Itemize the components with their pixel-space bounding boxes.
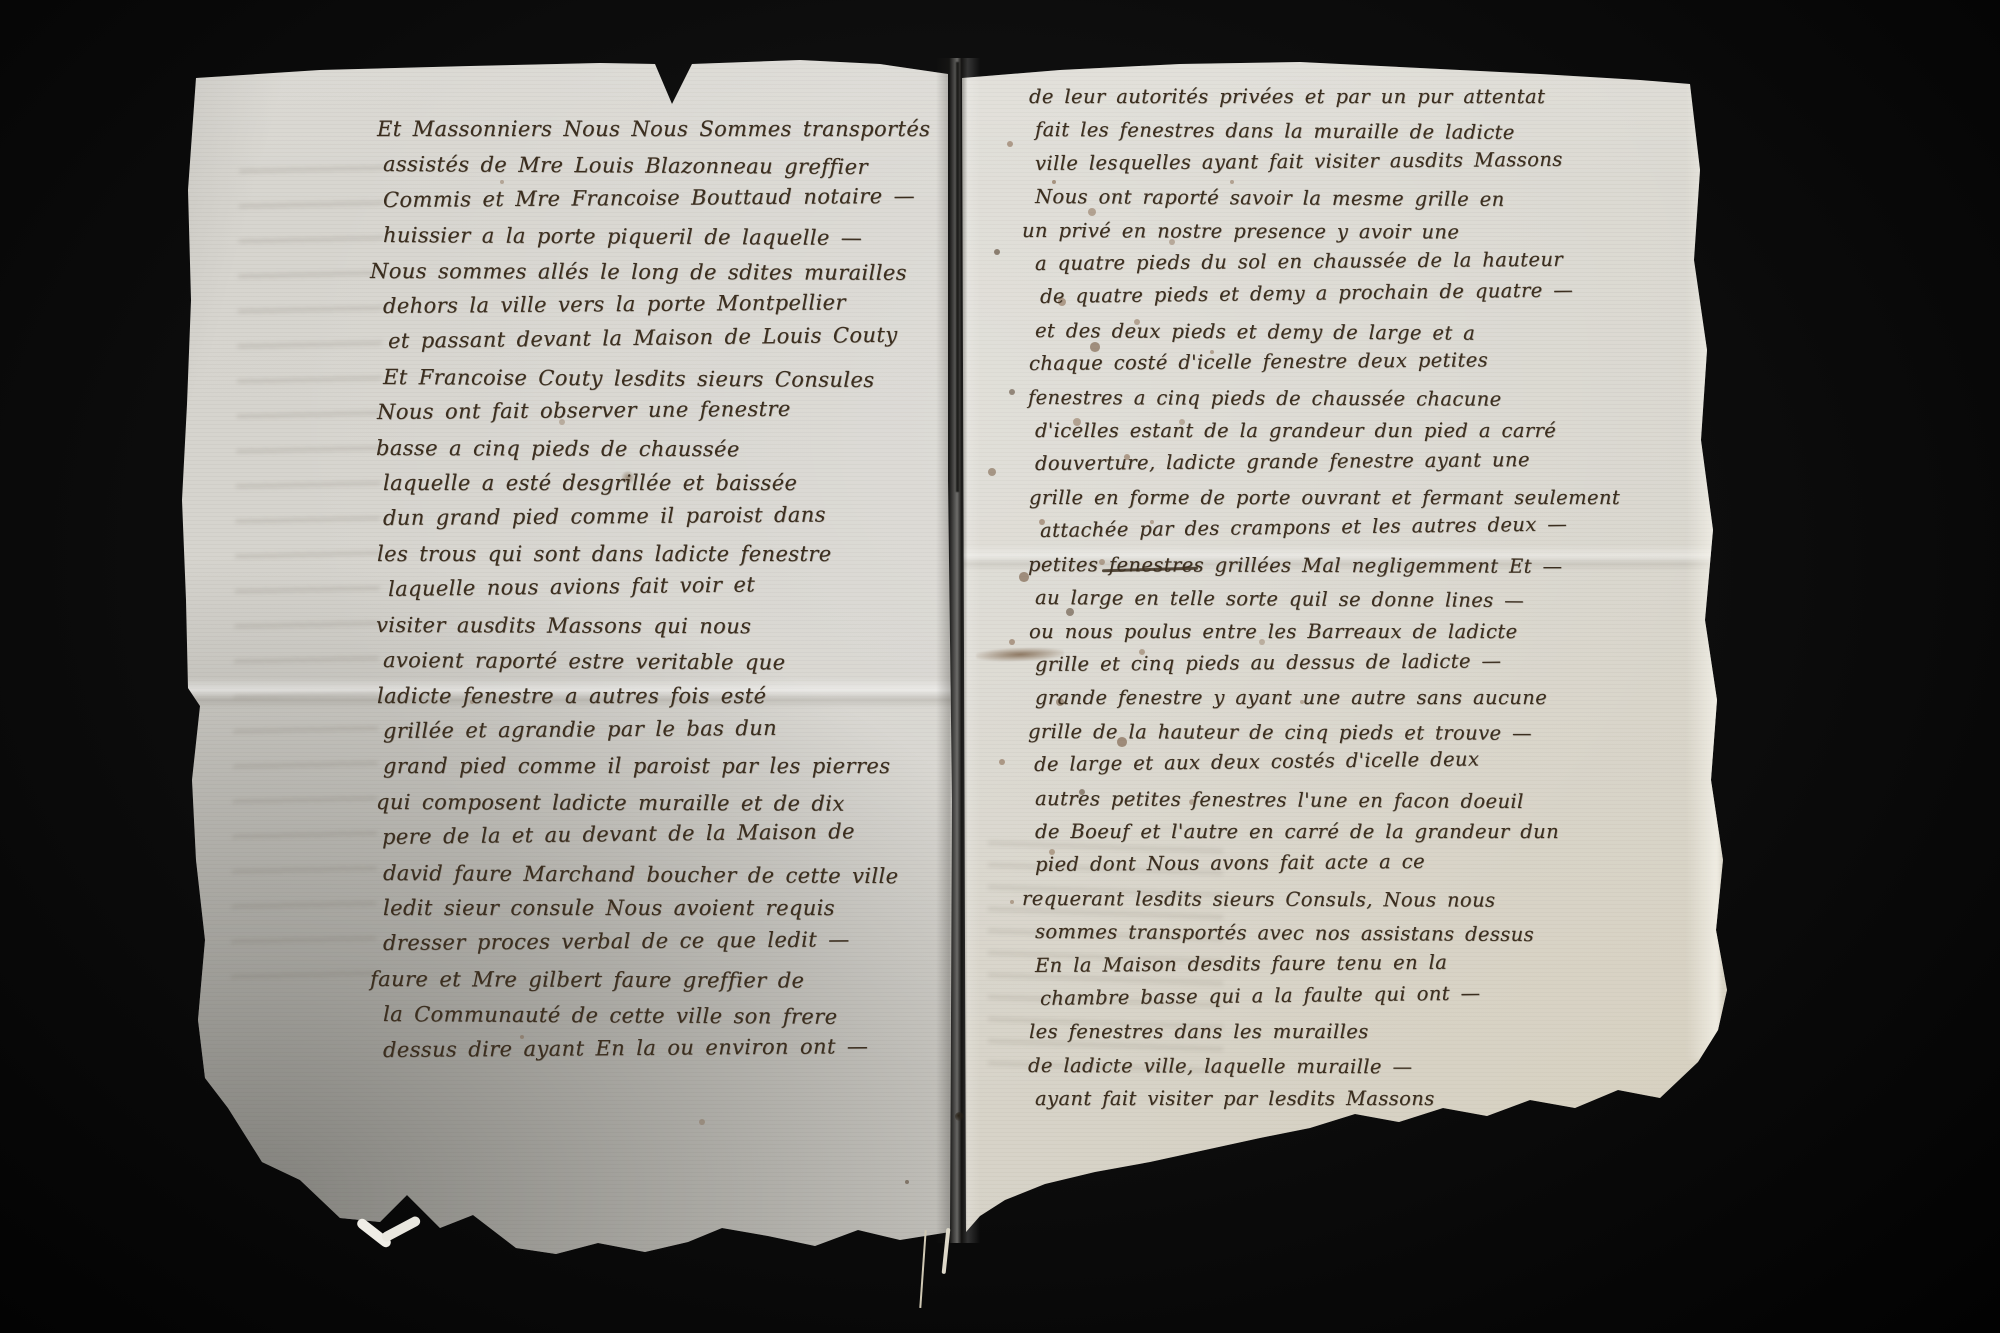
manuscript-line: les fenestres dans les murailles bbox=[1029, 1015, 1700, 1048]
fox-spots bbox=[0, 0, 4, 4]
fox-spots bbox=[0, 0, 4, 4]
manuscript-line: grille et cinq pieds au dessus de ladict… bbox=[1035, 643, 1700, 682]
manuscript-line: pied dont Nous avons fait acte a ce bbox=[1035, 843, 1700, 882]
manuscript-line: Commis et Mre Francoise Bouttaud notaire… bbox=[383, 178, 943, 218]
right-page-text: de leur autorités privées et par un pur … bbox=[1035, 80, 1700, 1116]
manuscript-line: huissier a la porte piqueril de laquelle… bbox=[383, 218, 943, 257]
verso-show-through bbox=[231, 149, 385, 990]
manuscript-line: attachée par des crampons et les autres … bbox=[1040, 506, 1705, 548]
manuscript-line: pere de la et au devant de la Maison de bbox=[382, 813, 948, 855]
manuscript-line: Et Massonniers Nous Nous Sommes transpor… bbox=[377, 112, 943, 147]
manuscript-line: de large et aux deux costés d'icelle deu… bbox=[1034, 740, 1705, 782]
manuscript-line: requerant lesdits sieurs Consuls, Nous n… bbox=[1022, 882, 1693, 918]
photograph: Et Massonniers Nous Nous Sommes transpor… bbox=[0, 0, 2000, 1333]
manuscript-line: grillée et agrandie par le bas dun bbox=[383, 710, 943, 750]
manuscript-line: fenestres a cinq pieds de chaussée chacu… bbox=[1028, 381, 1693, 417]
manuscript-line: petites fenestres grillées Mal negligemm… bbox=[1028, 548, 1693, 584]
manuscript-line: grand pied comme il paroist par les pier… bbox=[383, 749, 943, 784]
manuscript-line: faure et Mre gilbert faure greffier de bbox=[370, 962, 936, 999]
manuscript-line: ladicte fenestre a autres fois esté bbox=[377, 679, 943, 714]
manuscript-line: de ladicte ville, laquelle muraille — bbox=[1028, 1049, 1693, 1085]
manuscript-line: ville lesquelles ayant fait visiter ausd… bbox=[1035, 142, 1700, 181]
manuscript-line: visiter ausdits Massons qui nous bbox=[376, 608, 936, 645]
manuscript-line: au large en telle sorte quil se donne li… bbox=[1035, 581, 1700, 618]
left-page-text: Et Massonniers Nous Nous Sommes transpor… bbox=[383, 112, 943, 1068]
manuscript-line: grande fenestre y ayant une autre sans a… bbox=[1035, 681, 1700, 714]
manuscript-line: Nous ont fait observer une fenestre bbox=[377, 391, 943, 431]
manuscript-line: dessus dire ayant En la ou environ ont — bbox=[383, 1028, 943, 1068]
manuscript-line: de quatre pieds et demy a prochain de qu… bbox=[1040, 272, 1705, 314]
manuscript-line: laquelle a esté desgrillée et baissée bbox=[383, 466, 943, 501]
manuscript-line: avoient raporté estre veritable que bbox=[383, 643, 943, 682]
manuscript-line: dun grand pied comme il paroist dans bbox=[383, 497, 943, 537]
center-fold bbox=[936, 58, 980, 1243]
manuscript-line: basse a cinq pieds de chaussée bbox=[376, 431, 936, 468]
binding-thread bbox=[352, 1212, 422, 1264]
manuscript-line: ledit sieur consule Nous avoient requis bbox=[383, 891, 943, 926]
manuscript-line: chambre basse qui a la faulte qui ont — bbox=[1040, 974, 1705, 1016]
stitch-hole bbox=[955, 1112, 964, 1121]
paper-fiber bbox=[919, 1230, 926, 1308]
manuscript-line: dresser proces verbal de ce que ledit — bbox=[383, 922, 943, 962]
manuscript-line: douverture, ladicte grande fenestre ayan… bbox=[1035, 442, 1700, 481]
manuscript-line: de leur autorités privées et par un pur … bbox=[1029, 80, 1700, 113]
manuscript-line: ayant fait visiter par lesdits Massons bbox=[1035, 1082, 1700, 1115]
manuscript-line: david faure Marchand boucher de cette vi… bbox=[383, 856, 943, 895]
manuscript-line: Nous ont raporté savoir la mesme grille … bbox=[1035, 180, 1700, 217]
manuscript-line: et passant devant la Maison de Louis Cou… bbox=[388, 318, 948, 360]
manuscript-line: autres petites fenestres l'une en facon … bbox=[1035, 782, 1700, 819]
manuscript-line: chaque costé d'icelle fenestre deux peti… bbox=[1029, 342, 1700, 381]
manuscript-line: laquelle nous avions fait voir et bbox=[388, 565, 948, 607]
